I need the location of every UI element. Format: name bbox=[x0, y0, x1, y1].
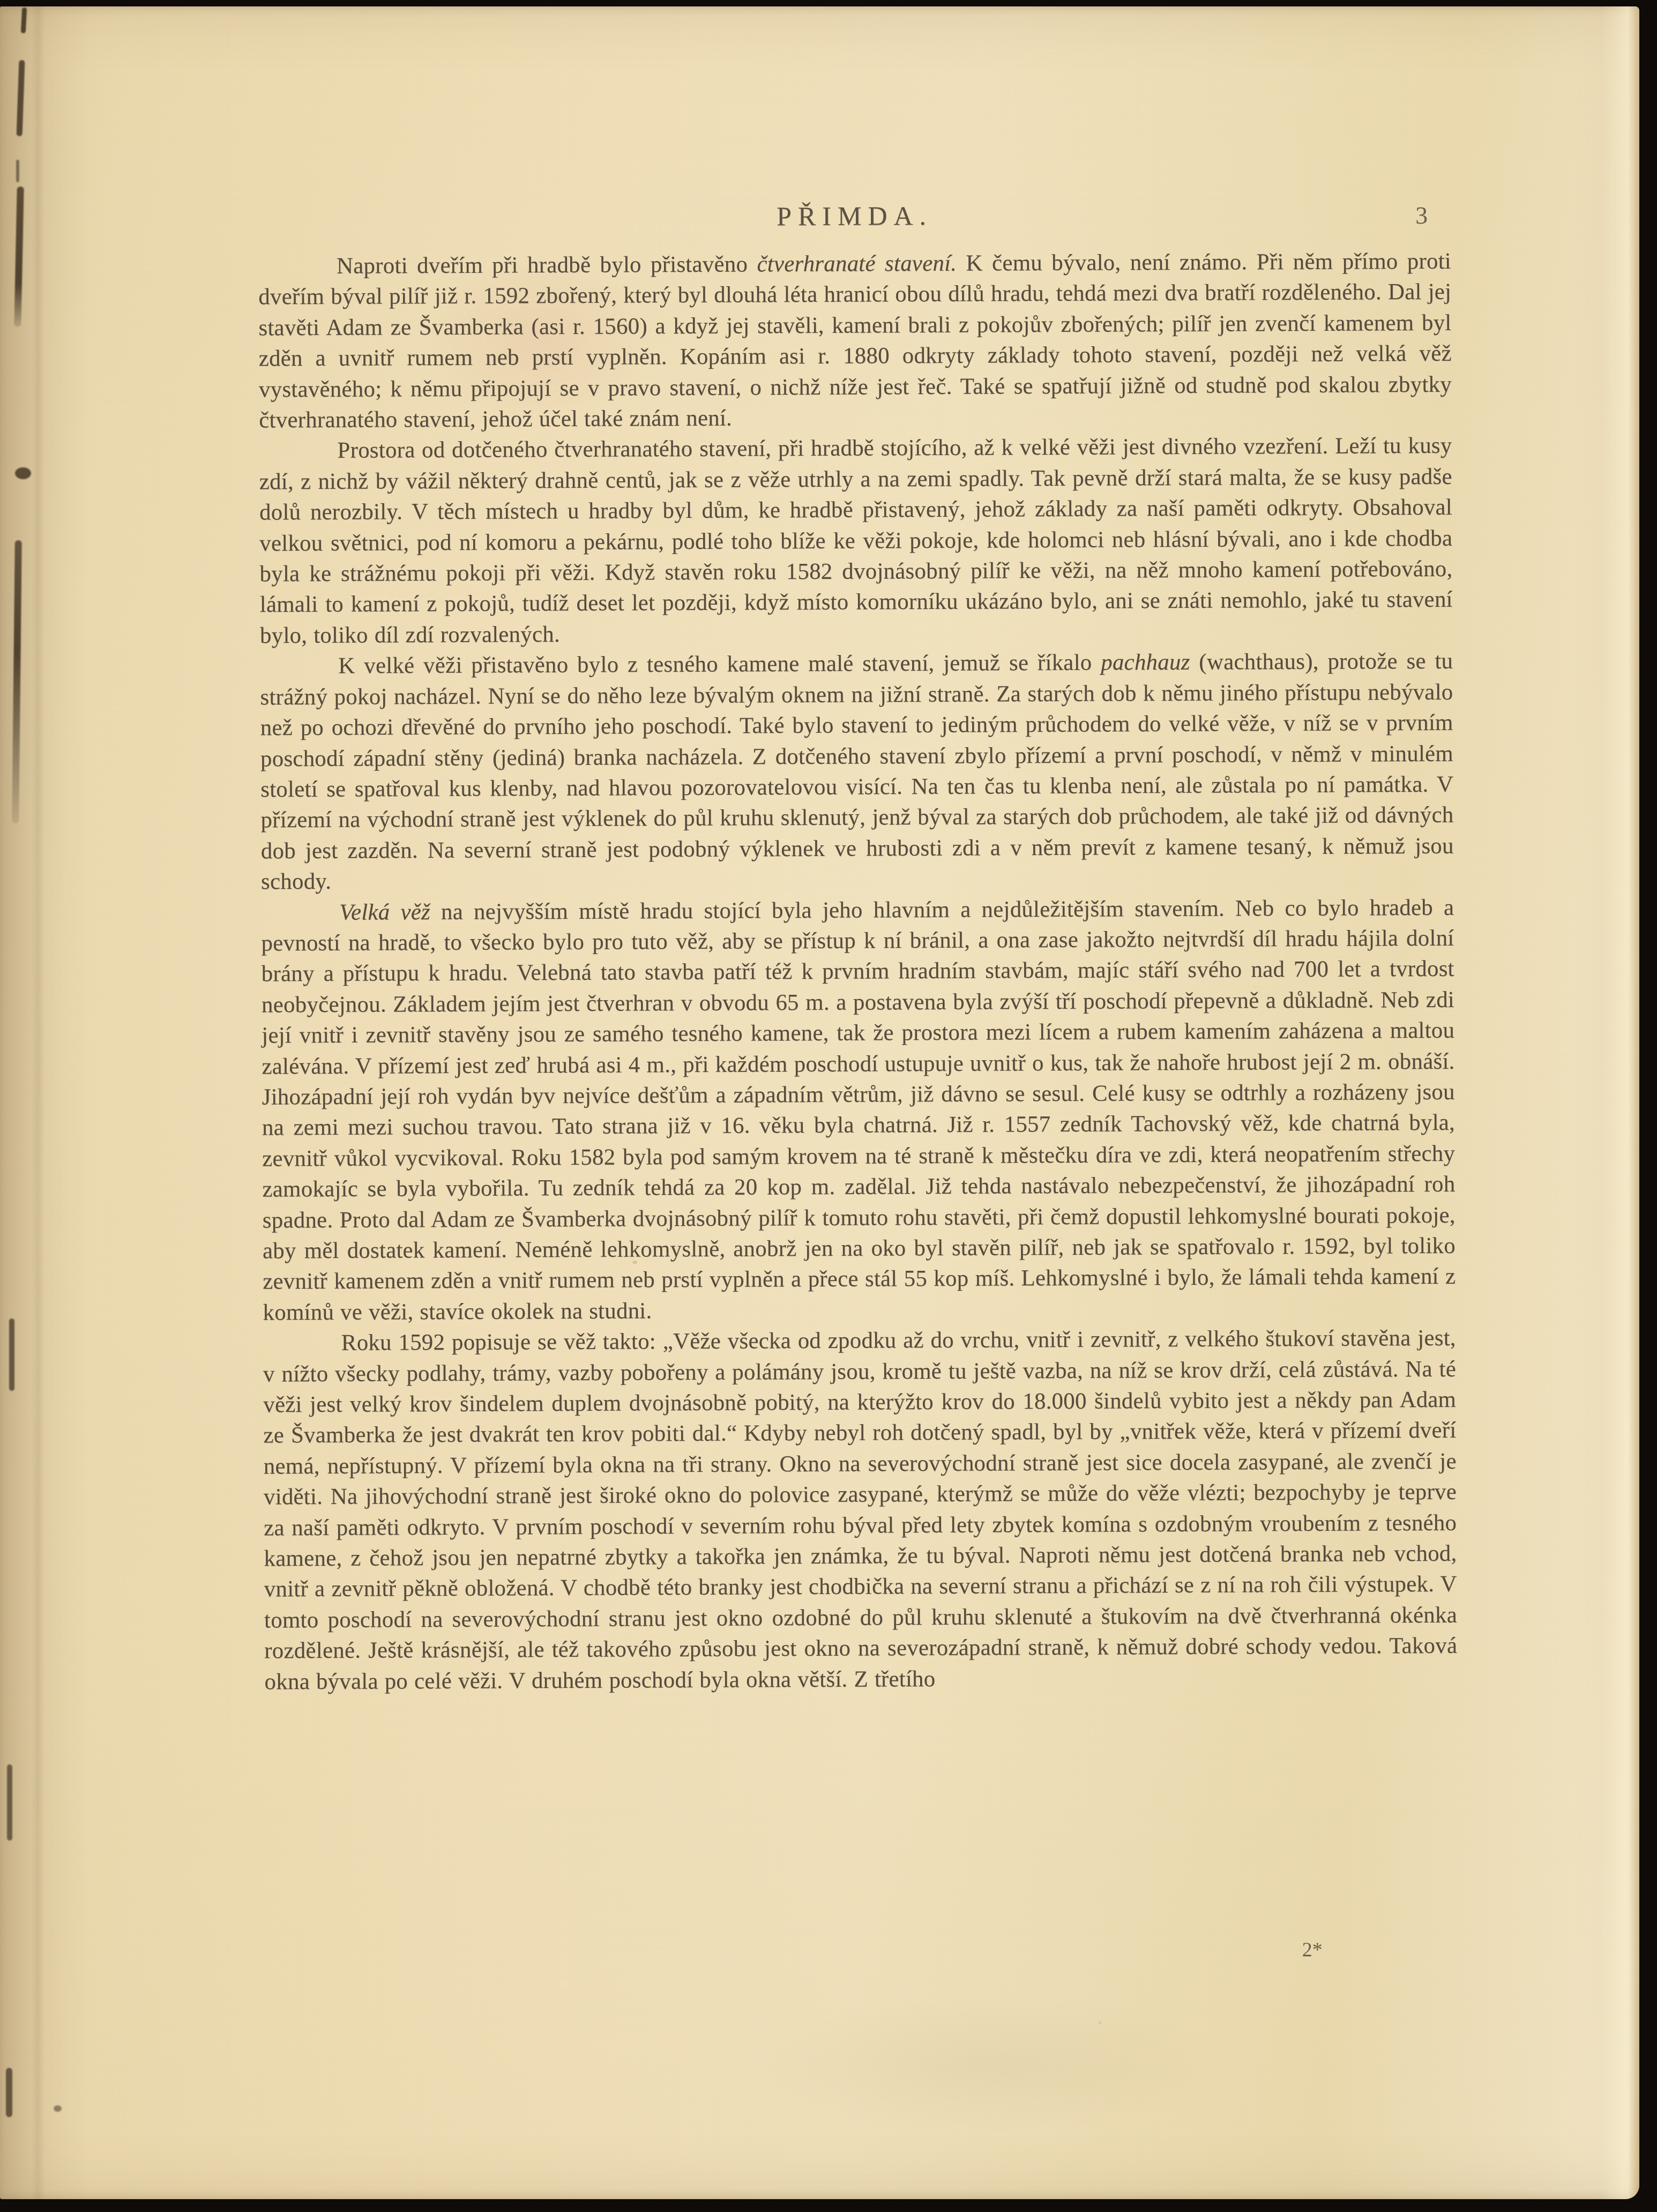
printers-signature-mark: 2* bbox=[1280, 1938, 1345, 1962]
paragraph: K velké věži přistavěno bylo z tesného k… bbox=[260, 646, 1454, 897]
paragraph: Roku 1592 popisuje se věž takto: „Věže v… bbox=[263, 1323, 1458, 1697]
scanned-book-page: PŘIMDA. 3 Naproti dveřím při hradbě bylo… bbox=[0, 0, 1657, 2212]
body-text: (wachthaus), protože se tu strážný pokoj… bbox=[260, 649, 1453, 895]
italic-text: čtverhranaté stavení. bbox=[757, 251, 957, 277]
printed-content: PŘIMDA. 3 Naproti dveřím při hradbě bylo… bbox=[0, 3, 1645, 2202]
ink-dot bbox=[54, 2105, 62, 2112]
page-number: 3 bbox=[1394, 201, 1448, 229]
body-text: K velké věži přistavěno bylo z tesného k… bbox=[338, 650, 1101, 679]
scanned-document-viewport: { "colors": { "paper": "#e9d6ac", "ink":… bbox=[0, 0, 1657, 2212]
italic-text: pachhauz bbox=[1101, 650, 1190, 675]
body-text-block: Naproti dveřím při hradbě bylo přistavěn… bbox=[258, 246, 1458, 1697]
paragraph: Velká věž na nejvyšším místě hradu stojí… bbox=[261, 892, 1456, 1328]
running-head-title: PŘIMDA. bbox=[258, 198, 1451, 234]
body-text: Roku 1592 popisuje se věž takto: „Věže v… bbox=[263, 1325, 1457, 1694]
italic-text: Velká věž bbox=[339, 899, 430, 925]
body-text: na nejvyšším místě hradu stojící byla je… bbox=[261, 895, 1456, 1325]
binding-streak bbox=[6, 2068, 12, 2117]
body-text: Naproti dveřím při hradbě bylo přistavěn… bbox=[337, 252, 757, 279]
binding-blot bbox=[15, 467, 31, 479]
page-paper: PŘIMDA. 3 Naproti dveřím při hradbě bylo… bbox=[0, 6, 1639, 2199]
binding-streak bbox=[16, 160, 19, 182]
binding-streak bbox=[9, 1319, 14, 1391]
paragraph: Prostora od dotčeného čtverhranatého sta… bbox=[259, 430, 1453, 651]
body-text: Prostora od dotčeného čtverhranatého sta… bbox=[259, 433, 1453, 648]
paragraph: Naproti dveřím při hradbě bylo přistavěn… bbox=[258, 246, 1452, 436]
binding-streak bbox=[7, 1764, 12, 1841]
